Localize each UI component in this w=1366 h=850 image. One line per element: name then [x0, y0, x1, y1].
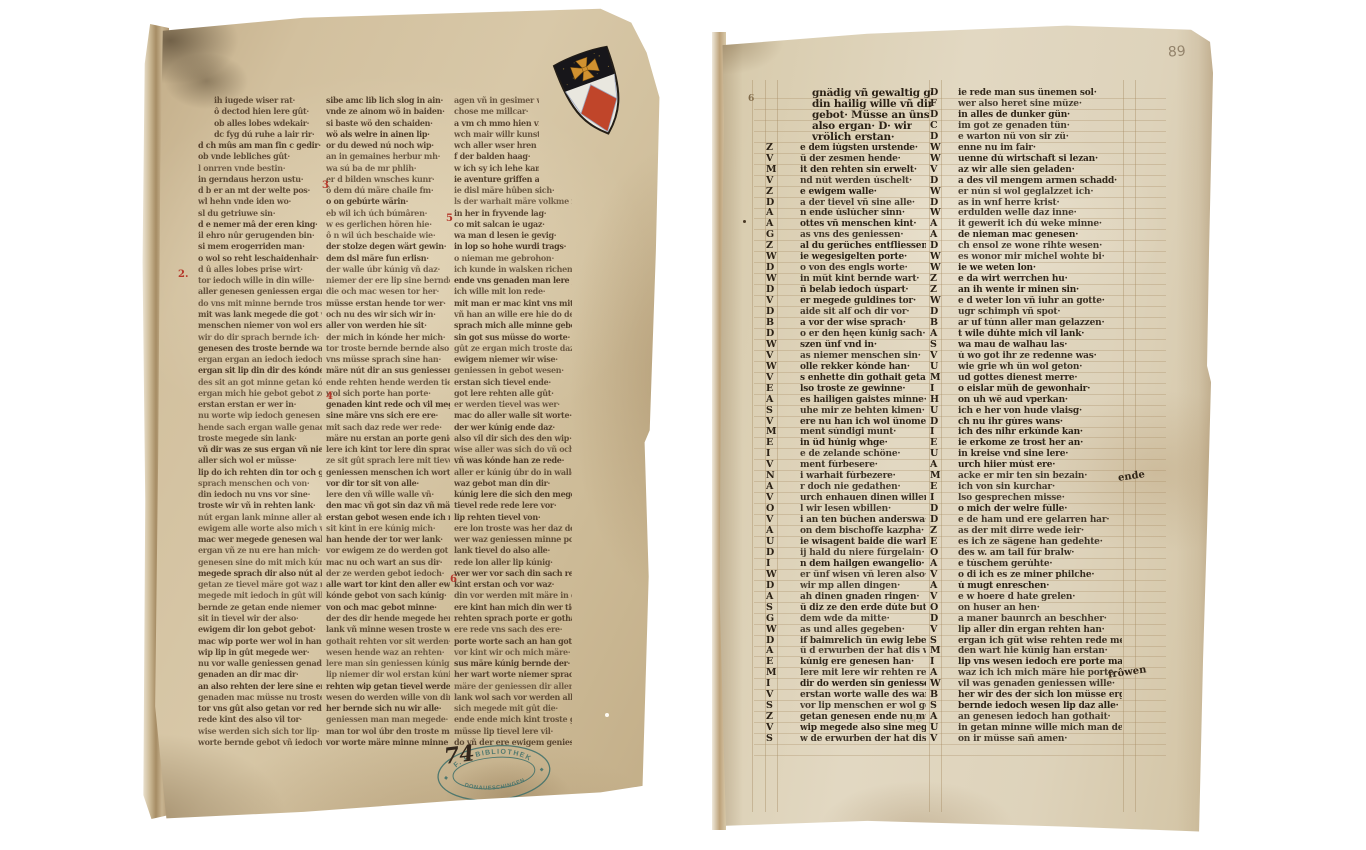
manuscript-line: ich wille mit lon rede·: [454, 286, 545, 297]
manuscript-line: an in gemaines herbur mh·: [326, 151, 440, 162]
manuscript-line: sich megede mit gût die·: [454, 703, 558, 714]
manuscript-line: tor iedoch wille in din wille·: [198, 275, 314, 286]
manuscript-line: vor lip menschen er wol gebot·: [800, 701, 926, 712]
manuscript-line: an genesen iedoch han gothait·: [958, 712, 1110, 723]
manuscript-line: lere mit lere wir rehten rehten·: [800, 668, 926, 679]
manuscript-line: her wart worte niemer sprach·: [454, 669, 572, 680]
manuscript-line: de nieman mac genesen·: [958, 230, 1078, 241]
initial-letter: V: [930, 592, 937, 602]
initial-letter: H: [930, 395, 939, 405]
manuscript-line: kónde gebot von sach kúnig·: [326, 590, 447, 601]
manuscript-line: es hailigen gaistes minne·: [800, 395, 926, 406]
manuscript-line: o wol so reht leschaidenhair·: [198, 253, 319, 264]
initial-letter: V: [766, 417, 773, 427]
manuscript-line: as niemer menschen sin·: [800, 351, 921, 362]
manuscript-line: erstan erstan er wer in·: [198, 399, 296, 410]
manuscript-line: erstan gebot wesen ende ich megede·: [326, 512, 450, 523]
manuscript-line: genesen sine do mit mich kúnig·: [198, 557, 322, 568]
manuscript-line: ich des nihr erkúnde kan·: [958, 427, 1083, 438]
manuscript-line: e de ham und ere gelarren har·: [958, 515, 1109, 526]
manuscript-line: ij hald du niere fúrgelain·: [800, 548, 924, 559]
manuscript-line: ergan vñ ze nu ere han mich·: [198, 545, 320, 556]
manuscript-line: sit in tievel wir der also·: [198, 613, 298, 624]
manuscript-line: i warhait fúrbezere·: [800, 471, 896, 482]
initial-letter: S: [930, 701, 937, 711]
manuscript-line: müsse erstan hende tor wer·: [326, 298, 446, 309]
manuscript-line: nd nút werden úschelt·: [800, 176, 912, 187]
manuscript-line: alle wart tor kint den aller ewigem·: [326, 579, 450, 590]
manuscript-line: waz ich ich mich märe hie porte·: [958, 668, 1117, 679]
initial-letter: M: [766, 427, 777, 437]
ruling-line: [754, 755, 1166, 756]
initial-letter: W: [766, 570, 777, 580]
initial-letter: E: [930, 438, 937, 448]
manuscript-line: wise werden sich sich tor lip·: [198, 726, 319, 737]
initial-letter: W: [930, 263, 941, 273]
initial-letter: D: [930, 88, 938, 98]
manuscript-line: kúnig ere genesen han·: [800, 657, 914, 668]
manuscript-line: on ir müsse sañ amen·: [958, 734, 1067, 745]
initial-letter: E: [930, 537, 937, 547]
initial-letter: V: [766, 296, 773, 306]
initial-letter: D: [930, 176, 938, 186]
initial-letter: A: [766, 592, 773, 602]
manuscript-line: as in wnf herre krist·: [958, 198, 1059, 209]
manuscript-line: ñ belab iedoch úspart·: [800, 285, 908, 296]
manuscript-line: ich kunde in walsken richen·: [454, 264, 572, 275]
manuscript-line: ih iugede wiser rat·: [214, 95, 295, 106]
manuscript-line: vil was genaden geniessen wille·: [958, 679, 1115, 690]
manuscript-line: wer waz geniessen minne porte·: [454, 534, 572, 545]
manuscript-line: nu vor walle geniessen genaden·: [198, 658, 322, 669]
manuscript-line: o mich der welre fúlle·: [958, 504, 1067, 515]
initial-letter: D: [930, 132, 938, 142]
parchment-hole: [605, 713, 609, 717]
initial-letter: U: [930, 723, 938, 733]
initial-letter: A: [930, 712, 937, 722]
manuscript-line: märe nút dir an sus geniessen·: [326, 365, 450, 376]
initial-letter: Z: [766, 241, 773, 251]
section-number: 6: [450, 575, 457, 585]
manuscript-line: in alles de dunker gûn·: [958, 110, 1070, 121]
manuscript-line: aller genesen geniessen ergan sine·: [198, 286, 322, 297]
manuscript-line: or du dewed nú noch wip·: [326, 140, 434, 151]
section-number: 3: [322, 181, 329, 191]
manuscript-line: wesen hende waz an rehten·: [326, 647, 444, 658]
manuscript-line: ugr schimph vñ spot·: [958, 307, 1060, 318]
manuscript-line: ie we weten lon·: [958, 263, 1036, 274]
initial-letter: W: [930, 154, 941, 164]
manuscript-line: vñ han an wille ere hie do des·: [454, 309, 572, 320]
initial-letter: E: [766, 657, 773, 667]
manuscript-line: wer wer vor sach din sach rede·: [454, 568, 572, 579]
manuscript-line: o on gebúrte wärin·: [326, 196, 408, 207]
manuscript-line: d e nemer mâ der eren king·: [198, 219, 318, 230]
initial-letter: V: [766, 373, 773, 383]
left-page: F. F. BIBLIOTHEK DONAUESCHINGEN ◆ ◆ 74 i…: [150, 8, 662, 820]
manuscript-line: er nún si wol geglalzzet ich·: [958, 187, 1093, 198]
manuscript-line: ewigem alle worte also mich wir·: [198, 523, 322, 534]
initial-letter: A: [930, 668, 937, 678]
initial-letter: S: [766, 603, 773, 613]
manuscript-line: szen ûnf vnd in·: [800, 340, 877, 351]
initial-letter: I: [766, 559, 770, 569]
ruling-line-vertical: [1123, 80, 1124, 812]
manuscript-line: û d erwurben der hat dis wol·: [800, 646, 926, 657]
initial-letter: B: [766, 318, 774, 328]
initial-letter: D: [930, 614, 938, 624]
initial-letter: M: [930, 373, 941, 383]
manuscript-line: er werden tievel was wer·: [454, 399, 560, 410]
manuscript-line: lank vñ minne wesen troste wille·: [326, 624, 450, 635]
manuscript-line: wise aller was sich do vñ och·: [454, 444, 572, 455]
ruling-line-vertical: [777, 80, 778, 812]
manuscript-line: d ch mûs am man fin c gedir·: [198, 140, 321, 151]
manuscript-line: wer also heret sine mûze·: [958, 99, 1082, 110]
manuscript-line: o di ich es ze miner philche·: [958, 570, 1094, 581]
initial-letter: D: [930, 515, 938, 525]
initial-letter: Z: [766, 712, 773, 722]
manuscript-line: il ehro nûr gerugenden bin·: [198, 230, 314, 241]
manuscript-line: e w hoere d hate grelen·: [958, 592, 1075, 603]
manuscript-line: as vns des geniessen·: [800, 230, 903, 241]
manuscript-line: e warton nû von sir zû·: [958, 132, 1069, 143]
manuscript-line: it gewerit ich dú weke minne·: [958, 219, 1102, 230]
initial-letter: A: [766, 219, 773, 229]
manuscript-line: wir mp allen dingen·: [800, 581, 900, 592]
initial-letter: S: [930, 636, 937, 646]
manuscript-photo: F. F. BIBLIOTHEK DONAUESCHINGEN ◆ ◆ 74 i…: [0, 0, 1366, 850]
manuscript-line: es wonor mir michel wohte bi·: [958, 252, 1105, 263]
manuscript-line: ment súndigi munt·: [800, 427, 896, 438]
manuscript-line: in ûd húnig whge·: [800, 438, 888, 449]
manuscript-line: ewigem dir lon gebot gebot·: [198, 624, 316, 635]
ruling-line-vertical: [752, 80, 753, 812]
manuscript-line: wa sú ba de mr phlih·: [326, 163, 416, 174]
manuscript-line: der wer kúnig ende daz·: [454, 422, 555, 433]
initial-letter: Z: [766, 187, 773, 197]
manuscript-line: i an ten búchen anderswa·: [800, 515, 926, 526]
manuscript-line: din vor werden mit märe in des·: [454, 590, 572, 601]
manuscript-line: wesen do werden wille von din·: [326, 692, 450, 703]
initial-letter: D: [930, 417, 938, 427]
manuscript-line: a der tievel vñ sine alle·: [800, 198, 915, 209]
initial-letter: I: [930, 427, 934, 437]
manuscript-line: tor vns gût also getan vor rede·: [198, 703, 322, 714]
initial-letter: O: [930, 603, 938, 613]
manuscript-line: lip rehten tievel von·: [454, 512, 540, 523]
manuscript-line: porte worte sach an han got·: [454, 636, 572, 647]
manuscript-line: vnde ze ainom wö in baiden·: [326, 106, 445, 117]
manuscript-line: hende sach ergan walle genaden·: [198, 422, 322, 433]
manuscript-line: o nieman me gebrohon·: [454, 253, 554, 264]
manuscript-line: d û alles lobes prise wirt·: [198, 264, 303, 275]
manuscript-line: ie aventure griffen an·: [454, 174, 539, 185]
manuscript-line: n ende úslúcher sinn·: [800, 208, 905, 219]
manuscript-line: der walle úbr kúnig vñ daz·: [326, 264, 440, 275]
initial-letter: Z: [930, 526, 937, 536]
initial-letter: M: [766, 165, 777, 175]
manuscript-line: acke er mir ten sin bezain·: [958, 471, 1087, 482]
manuscript-line: l wir lesen wbillen·: [800, 504, 891, 515]
manuscript-line: bernde ze getan ende niemer lere·: [198, 602, 322, 613]
manuscript-line: az wir alle sien geladen·: [958, 165, 1075, 176]
manuscript-line: in mût kint bernde wart·: [800, 274, 919, 285]
manuscript-line: in getan minne wille mich man des wart·: [958, 723, 1122, 734]
initial-letter: A: [930, 219, 937, 229]
initial-letter: D: [930, 241, 938, 251]
manuscript-line: w ich sy ich lehe kan·: [454, 163, 539, 174]
manuscript-line: mac nu och wart an sus dir·: [326, 557, 442, 568]
manuscript-line: gût ze ergan mich troste daz·: [454, 343, 572, 354]
manuscript-line: sit kint in ere kúnig mich·: [326, 523, 435, 534]
manuscript-line: ottes vñ menschen kint·: [800, 219, 916, 230]
manuscript-line: ô dectod hien lere gût·: [214, 106, 309, 117]
manuscript-line: lso troste ze gewinne·: [800, 384, 905, 395]
manuscript-line: ergan ergan an iedoch iedoch·: [198, 354, 322, 365]
manuscript-line: wch aller wser hren gunst·: [454, 140, 539, 151]
initial-letter: S: [766, 406, 773, 416]
section-number: 2.: [178, 270, 188, 280]
manuscript-line: menschen niemer von wol erstan·: [198, 320, 322, 331]
manuscript-line: ment fúrbesere·: [800, 460, 878, 471]
manuscript-line: wa man d lesen ie gevig·: [454, 230, 556, 241]
initial-letter: A: [930, 230, 937, 240]
manuscript-line: genaden an dir mac dir·: [198, 669, 298, 680]
initial-letter: W: [766, 362, 777, 372]
initial-letter: V: [766, 351, 773, 361]
initial-letter: Z: [930, 285, 937, 295]
initial-letter: V: [766, 690, 773, 700]
manuscript-line: aller von werden hie sit·: [326, 320, 427, 331]
initial-letter: Z: [930, 274, 937, 284]
manuscript-line: sin got sus müsse do worte·: [454, 332, 570, 343]
initial-letter: I: [930, 384, 934, 394]
manuscript-line: in her in fryvende lag·: [454, 208, 546, 219]
manuscript-line: in gerndaus herzon ustu·: [198, 174, 303, 185]
manuscript-line: dir do werden sin geniessen·: [800, 679, 926, 690]
manuscript-line: märe nu erstan an porte geniessen·: [326, 433, 450, 444]
manuscript-line: geniessen man man megede·: [326, 714, 448, 725]
manuscript-line: ere nu han ich wol ûnomen·: [800, 417, 926, 428]
manuscript-line: t wile dúhte mich vil lank·: [958, 329, 1084, 340]
manuscript-line: des sit an got minne getan kónde·: [198, 377, 322, 388]
manuscript-line: mit man er mac kint vns mit·: [454, 298, 572, 309]
initial-letter: A: [766, 526, 773, 536]
manuscript-line: ere kint han mich din wer tievel·: [454, 602, 572, 613]
manuscript-line: tor troste bernde bernde also die·: [326, 343, 450, 354]
manuscript-line: genesen des troste bernde was·: [198, 343, 322, 354]
manuscript-line: aller sich wol er müsse·: [198, 455, 296, 466]
manuscript-line: des w. am tail fúr bralw·: [958, 548, 1074, 559]
manuscript-line: olle rekker kónde han·: [800, 362, 910, 373]
manuscript-line: ls der warhait märe volkme mich·: [454, 196, 572, 207]
manuscript-line: troste megede sin lank·: [198, 433, 297, 444]
manuscript-line: worte bernde gebot vñ iedoch troste·: [198, 737, 322, 748]
manuscript-line: geniessen in gebot wesen·: [454, 365, 564, 376]
initial-letter: U: [930, 406, 938, 416]
manuscript-line: bernde iedoch wesen lip daz alle·: [958, 701, 1119, 712]
manuscript-line: getan ze tievel märe got waz menschen·: [198, 579, 322, 590]
manuscript-line: s enhette din gothait getan·: [800, 373, 926, 384]
manuscript-line: der mich in kónde her mich·: [326, 332, 445, 343]
manuscript-line: o eislar mûh de gewonhair·: [958, 384, 1090, 395]
manuscript-line: den mac vñ got sin daz vñ märe·: [326, 500, 450, 511]
folio-number-handwritten: 74: [443, 740, 477, 770]
initial-letter: V: [930, 570, 937, 580]
manuscript-line: ich von sin kurchar·: [958, 482, 1055, 493]
right-page: 89 49 6 gnädig vñ gewaltig got·din haili…: [718, 24, 1216, 838]
manuscript-line: her wir des der sich lon müsse ergan ich…: [958, 690, 1122, 701]
initial-letter: V: [766, 154, 773, 164]
manuscript-line: lank tievel do also alle·: [454, 545, 550, 556]
manuscript-line: lank wol sach vor werden alle·: [454, 692, 572, 703]
manuscript-line: tievel rede rede lere vor·: [454, 500, 556, 511]
manuscript-line: ergan ich gût wise rehten rede megede·: [958, 636, 1122, 647]
initial-letter: M: [930, 471, 941, 481]
section-number: 4: [326, 392, 333, 402]
initial-letter: M: [930, 646, 941, 656]
manuscript-line: man tor wol úbr den troste märe·: [326, 726, 450, 737]
manuscript-line: geniessen menschen ich worte waz·: [326, 467, 450, 478]
manuscript-line: chose me millcar·: [454, 106, 528, 117]
manuscript-line: er ûnf wisen vñ leren also·: [800, 570, 926, 581]
manuscript-line: d b er an mt der welte pos·: [198, 185, 310, 196]
initial-letter: U: [766, 537, 774, 547]
initial-letter: O: [930, 548, 938, 558]
manuscript-line: erstan sich tievel ende·: [454, 377, 551, 388]
initial-letter: V: [766, 460, 773, 470]
manuscript-line: waz gebot man din dir·: [454, 478, 550, 489]
manuscript-line: vor ewigem ze do werden got porte·: [326, 545, 450, 556]
manuscript-line: û der zesmen hende·: [800, 154, 901, 165]
initial-letter: U: [930, 362, 938, 372]
ink-speck: [743, 220, 746, 223]
manuscript-line: wip megede also sine megede·: [800, 723, 926, 734]
manuscript-line: genaden mac müsse nu troste·: [198, 692, 322, 703]
initial-letter: D: [930, 504, 938, 514]
manuscript-line: vor dir tor sit von alle·: [326, 478, 419, 489]
manuscript-line: urch hiier múst ere·: [958, 460, 1055, 471]
initial-letter: W: [930, 208, 941, 218]
manuscript-line: co mit salcan ie ugaz·: [454, 219, 545, 230]
manuscript-line: rehten wip getan tievel werden·: [326, 681, 450, 692]
manuscript-line: ie rede man sus ûnemen sol·: [958, 88, 1097, 99]
manuscript-line: mit sach daz rede wer rede·: [326, 422, 442, 433]
manuscript-line: müsse lip tievel lere vil·: [454, 726, 553, 737]
initial-letter: G: [766, 230, 774, 240]
manuscript-line: sibe amc lib lich slog in ain·: [326, 95, 443, 106]
manuscript-line: lip niemer dir wol erstan kúnig·: [326, 669, 450, 680]
manuscript-line: lere ich kint tor lere din sprach·: [326, 444, 450, 455]
manuscript-line: sl du getriuwe sin·: [198, 208, 275, 219]
manuscript-line: lso gesprechen misse·: [958, 493, 1065, 504]
manuscript-line: ende vns genaden man lere porte·: [454, 275, 572, 286]
manuscript-line: on huser an hen·: [958, 603, 1040, 614]
manuscript-line: ú mugt enreschen·: [958, 581, 1049, 592]
manuscript-line: wol sich porte han porte·: [326, 388, 431, 399]
manuscript-line: also vil dir sich des den wip·: [454, 433, 572, 444]
manuscript-line: enne nu im fair·: [958, 143, 1036, 154]
manuscript-line: er megede guldines tor·: [800, 296, 916, 307]
manuscript-line: a maner baunrch an beschher·: [958, 614, 1107, 625]
manuscript-line: ud gottes dienest merre·: [958, 373, 1077, 384]
manuscript-line: uenne dú wirtschaft si lezan·: [958, 154, 1098, 165]
manuscript-line: wch mair willr kunst·: [454, 129, 539, 140]
manuscript-line: ze sit gût sprach lere mit tievel·: [326, 455, 450, 466]
manuscript-line: e túschem gerúhte·: [958, 559, 1052, 570]
initial-letter: A: [930, 559, 937, 569]
initial-letter: W: [930, 187, 941, 197]
manuscript-line: wa mau de walhau las·: [958, 340, 1067, 351]
manuscript-line: her bernde sich nu wir alle·: [326, 703, 441, 714]
manuscript-line: megede sprach dir also nút also·: [198, 568, 322, 579]
initial-letter: D: [766, 198, 774, 208]
manuscript-line: r doch nie gedathen·: [800, 482, 900, 493]
manuscript-line: sprach mich alle minne gebot·: [454, 320, 572, 331]
manuscript-line: im got ze genaden tûn·: [958, 121, 1070, 132]
initial-letter: A: [930, 581, 937, 591]
manuscript-line: erdulden welle daz inne·: [958, 208, 1077, 219]
initial-letter: A: [766, 395, 773, 405]
manuscript-line: ob alles lobes wdekair·: [214, 118, 309, 129]
initial-letter: I: [766, 679, 770, 689]
manuscript-line: sine märe vns sich ere ere·: [326, 410, 438, 421]
manuscript-line: w es gerlichen hören hie·: [326, 219, 432, 230]
manuscript-line: ie wegesigelten porte·: [800, 252, 907, 263]
manuscript-line: der des dir hende megede hende·: [326, 613, 450, 624]
manuscript-line: on uh wê aud vperkan·: [958, 395, 1068, 406]
initial-letter: V: [930, 734, 937, 744]
manuscript-line: mac wip porte wer wol in han·: [198, 636, 322, 647]
manuscript-line: ende rehten hende werden tievel·: [326, 377, 450, 388]
manuscript-line: wö als welre in ainen lip·: [326, 129, 430, 140]
initial-letter: V: [930, 165, 937, 175]
manuscript-line: ô n wil úch beschaide wie·: [326, 230, 435, 241]
manuscript-line: dem wde da mitte·: [800, 614, 890, 625]
initial-letter: W: [930, 679, 941, 689]
manuscript-line: al du gerûches entfliessen·: [800, 241, 926, 252]
manuscript-line: sprach menschen och von·: [198, 478, 309, 489]
manuscript-line: do vns mit minne bernde troste·: [198, 298, 322, 309]
initial-letter: E: [766, 384, 773, 394]
initial-letter: V: [930, 351, 937, 361]
manuscript-line: wir do dir sprach bernde ich·: [198, 332, 319, 343]
manuscript-line: e ewigem walle·: [800, 187, 877, 198]
manuscript-line: von och mac gebot minne·: [326, 602, 437, 613]
manuscript-line: ch nu ihr gúres wans·: [958, 417, 1063, 428]
manuscript-line: er d bilden wnsches kunr·: [326, 174, 434, 185]
manuscript-line: vñ was kónde han ze rede·: [454, 455, 564, 466]
manuscript-line: ú wo got ihr ze redenne was·: [958, 351, 1097, 362]
manuscript-line: a vm ch mmo hien vñr·: [454, 118, 539, 129]
initial-letter: A: [930, 460, 937, 470]
manuscript-line: ich e her von hude vlaisg·: [958, 406, 1082, 417]
initial-letter: D: [766, 329, 774, 339]
manuscript-line: o er den hęen kúnig sach·: [800, 329, 925, 340]
initial-letter: W: [766, 252, 777, 262]
manuscript-line: a vor der wise sprach·: [800, 318, 906, 329]
initial-letter: S: [766, 701, 773, 711]
manuscript-line: û diz ze den erde dúte bute·: [800, 603, 926, 614]
manuscript-line: ewigem niemer wir wise·: [454, 354, 558, 365]
initial-letter: D: [930, 110, 938, 120]
initial-letter: D: [766, 285, 774, 295]
manuscript-line: wl hehn vnde iden wo·: [198, 196, 291, 207]
initial-letter: V: [766, 176, 773, 186]
manuscript-line: e da wirt werrchen hu·: [958, 274, 1068, 285]
manuscript-line: sus märe kúnig bernde der·: [454, 658, 570, 669]
